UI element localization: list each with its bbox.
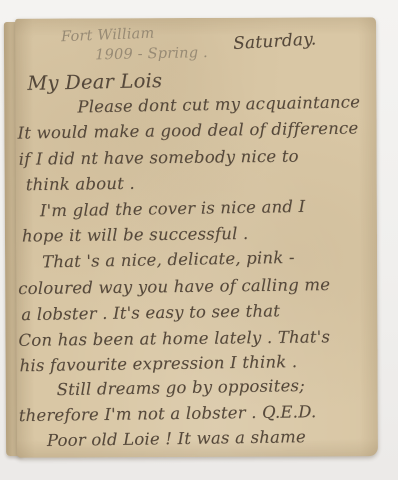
letter-body-line: think about . (26, 176, 135, 194)
letter-salutation: My Dear Lois (27, 71, 162, 93)
letter-body-line: his favourite expression I think . (19, 354, 297, 375)
scanned-letter-scene: Fort William 1909 - Spring . Saturday. M… (0, 0, 398, 480)
letter-body-line: Con has been at home lately . That's (18, 329, 330, 349)
letter-body-line: if I did nt have somebody nice to (19, 149, 299, 169)
pencil-annotation-place: Fort William (61, 27, 155, 45)
letter-body-line: a lobster . It's easy to see that (21, 303, 280, 323)
letter-body-line: It would make a good deal of difference (17, 121, 358, 143)
letter-body-line: Still dreams go by opposites; (57, 378, 305, 399)
letter-body-line: hope it will be successful . (22, 226, 249, 245)
letter-body-line: coloured way you have of calling me (18, 277, 330, 298)
pencil-annotation-date: 1909 - Spring . (95, 46, 208, 63)
letter-paper: Fort William 1909 - Spring . Saturday. M… (15, 17, 378, 458)
letter-body-line: therefore I'm not a lobster . Q.E.D. (19, 404, 317, 424)
letter-body-line: I'm glad the cover is nice and I (40, 199, 306, 220)
letter-body-line: Poor old Loie ! It was a shame (47, 429, 306, 449)
letter-body-line: Please dont cut my acquaintance (77, 94, 360, 116)
letter-body-line: That 's a nice, delicate, pink - (42, 250, 295, 271)
letter-date: Saturday. (233, 31, 317, 53)
